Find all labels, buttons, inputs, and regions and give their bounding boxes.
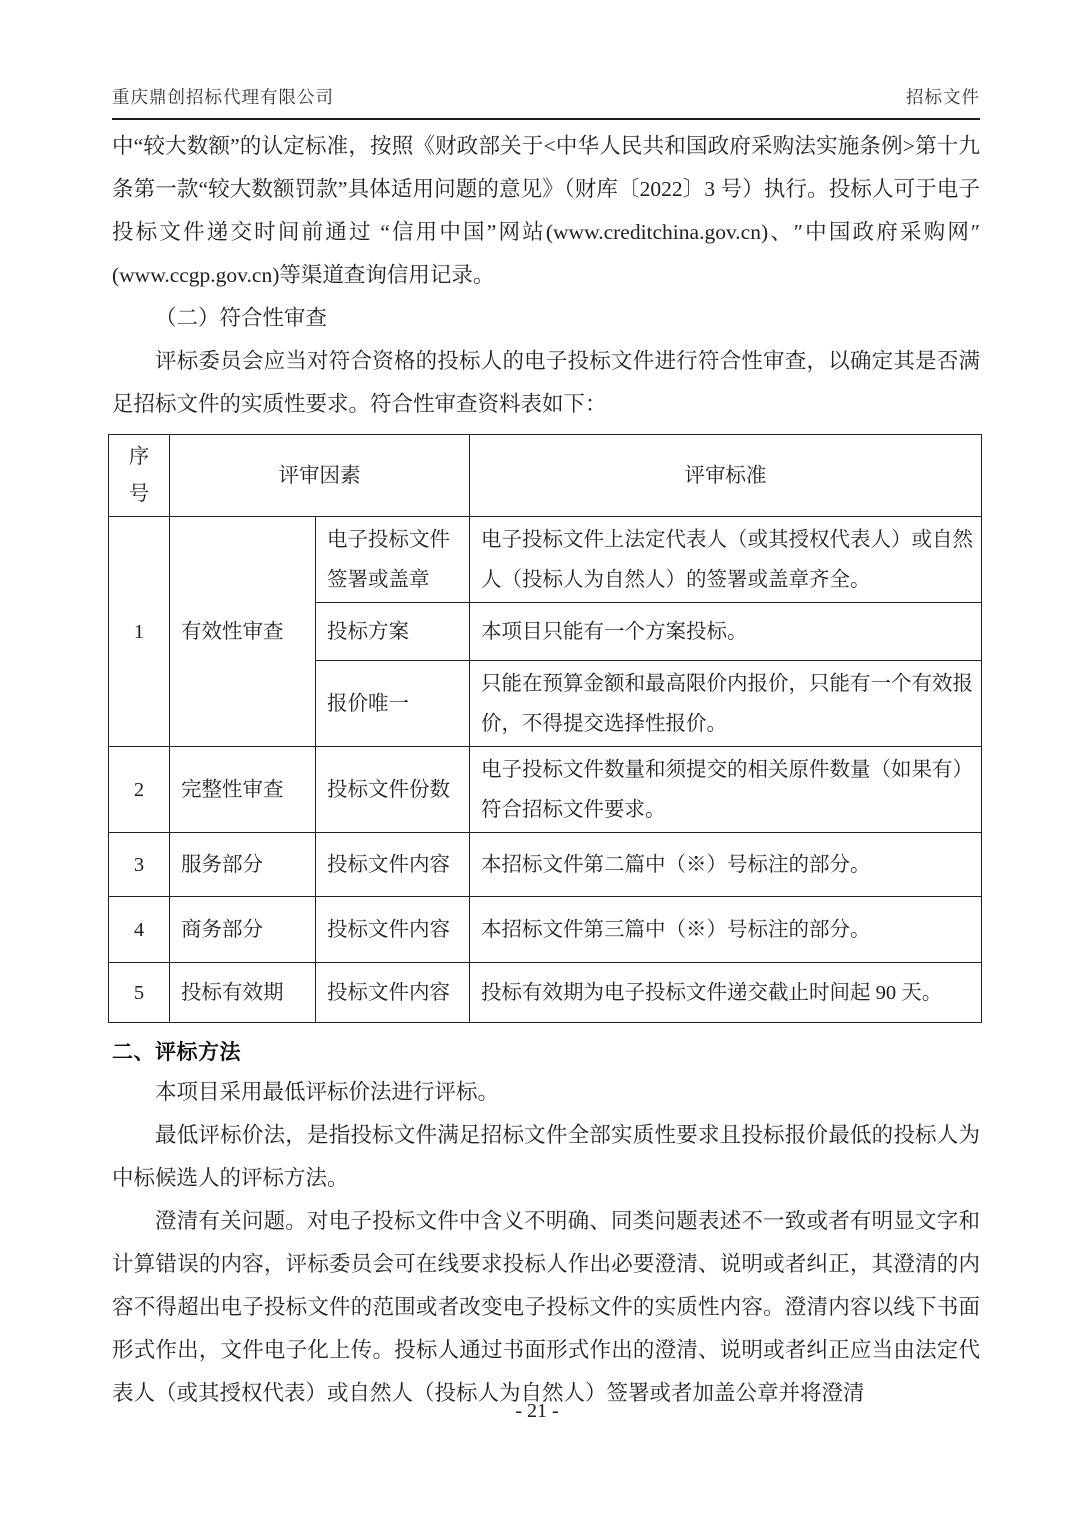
- paragraph-compliance-intro: 评标委员会应当对符合资格的投标人的电子投标文件进行符合性审查，以确定其是否满足招…: [112, 340, 980, 426]
- cell-category-4: 商务部分: [170, 897, 316, 963]
- cell-factor-5: 投标文件内容: [316, 963, 470, 1023]
- cell-criteria-2: 电子投标文件数量和须提交的相关原件数量（如果有）符合招标文件要求。: [470, 747, 982, 833]
- cell-factor-1a: 电子投标文件签署或盖章: [316, 517, 470, 603]
- header-cell-serial: 序号: [109, 435, 170, 517]
- cell-factor-3: 投标文件内容: [316, 833, 470, 897]
- paragraph-lowest-price-definition: 最低评标价法，是指投标文件满足招标文件全部实质性要求且投标报价最低的投标人为中标…: [112, 1114, 980, 1200]
- cell-serial-2: 2: [109, 747, 170, 833]
- header-cell-criteria: 评审标准: [470, 435, 982, 517]
- cell-category-3: 服务部分: [170, 833, 316, 897]
- page-content: 重庆鼎创招标代理有限公司 招标文件 中“较大数额”的认定标准，按照《财政部关于<…: [112, 0, 980, 1415]
- table-row-1a: 1 有效性审查 电子投标文件签署或盖章 电子投标文件上法定代表人（或其授权代表人…: [109, 517, 982, 603]
- page-header: 重庆鼎创招标代理有限公司 招标文件: [112, 84, 980, 120]
- paragraph-evaluation-method: 本项目采用最低评标价法进行评标。: [112, 1071, 980, 1114]
- header-cell-factor: 评审因素: [170, 435, 470, 517]
- cell-serial-4: 4: [109, 897, 170, 963]
- compliance-review-table: 序号 评审因素 评审标准 1 有效性审查 电子投标文件签署或盖章 电子投标文件上…: [108, 434, 982, 1023]
- cell-category-1: 有效性审查: [170, 517, 316, 747]
- page-footer: - 21 -: [0, 1400, 1074, 1423]
- header-doc-type: 招标文件: [906, 84, 980, 109]
- cell-factor-4: 投标文件内容: [316, 897, 470, 963]
- table-row-2: 2 完整性审查 投标文件份数 电子投标文件数量和须提交的相关原件数量（如果有）符…: [109, 747, 982, 833]
- page-number: - 21 -: [515, 1400, 558, 1422]
- cell-category-5: 投标有效期: [170, 963, 316, 1023]
- cell-criteria-3: 本招标文件第二篇中（※）号标注的部分。: [470, 833, 982, 897]
- header-company-name: 重庆鼎创招标代理有限公司: [112, 84, 334, 109]
- table-row-3: 3 服务部分 投标文件内容 本招标文件第二篇中（※）号标注的部分。: [109, 833, 982, 897]
- cell-criteria-4: 本招标文件第三篇中（※）号标注的部分。: [470, 897, 982, 963]
- subsection-heading-compliance-review: （二）符合性审查: [112, 297, 980, 340]
- paragraph-clarification: 澄清有关问题。对电子投标文件中含义不明确、同类问题表述不一致或者有明显文字和计算…: [112, 1200, 980, 1415]
- cell-factor-1c: 报价唯一: [316, 661, 470, 747]
- cell-factor-1b: 投标方案: [316, 603, 470, 661]
- document-page: 重庆鼎创招标代理有限公司 招标文件 中“较大数额”的认定标准，按照《财政部关于<…: [0, 0, 1074, 1520]
- table-row-4: 4 商务部分 投标文件内容 本招标文件第三篇中（※）号标注的部分。: [109, 897, 982, 963]
- cell-criteria-5: 投标有效期为电子投标文件递交截止时间起 90 天。: [470, 963, 982, 1023]
- cell-serial-1: 1: [109, 517, 170, 747]
- table-row-5: 5 投标有效期 投标文件内容 投标有效期为电子投标文件递交截止时间起 90 天。: [109, 963, 982, 1023]
- cell-criteria-1c: 只能在预算金额和最高限价内报价，只能有一个有效报价，不得提交选择性报价。: [470, 661, 982, 747]
- cell-serial-3: 3: [109, 833, 170, 897]
- table-header-row: 序号 评审因素 评审标准: [109, 435, 982, 517]
- paragraph-credit-standard: 中“较大数额”的认定标准，按照《财政部关于<中华人民共和国政府采购法实施条例>第…: [112, 125, 980, 297]
- section-heading-evaluation-method: 二、评标方法: [112, 1036, 980, 1066]
- cell-category-2: 完整性审查: [170, 747, 316, 833]
- cell-criteria-1b: 本项目只能有一个方案投标。: [470, 603, 982, 661]
- header-serial-label: 序号: [128, 439, 151, 513]
- cell-criteria-1a: 电子投标文件上法定代表人（或其授权代表人）或自然人（投标人为自然人）的签署或盖章…: [470, 517, 982, 603]
- cell-serial-5: 5: [109, 963, 170, 1023]
- cell-factor-2: 投标文件份数: [316, 747, 470, 833]
